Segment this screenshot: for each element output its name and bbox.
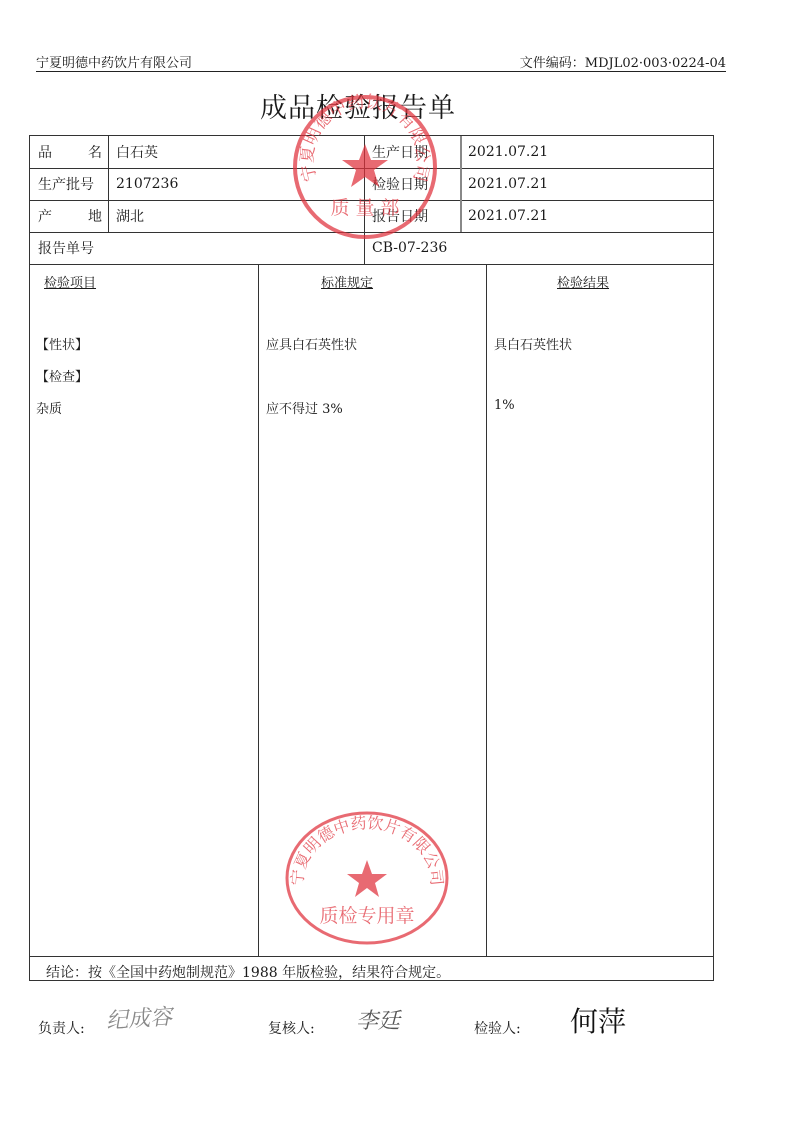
item-impurity: 杂质 [36, 398, 62, 417]
standard-impurity: 应不得过 3% [266, 398, 343, 417]
col-divider [486, 264, 487, 956]
result-impurity: 1% [494, 398, 515, 413]
col-head-standard: 标准规定 [321, 272, 373, 291]
header-rule [36, 71, 726, 72]
label-char: 名 [88, 142, 102, 162]
production-date-label: 生产日期 [364, 136, 460, 168]
label-char: 品 [38, 142, 52, 162]
label-char: 产 [38, 206, 52, 226]
report-table: 品 名 白石英 生产日期 2021.07.21 生产批号 2107236 检验日… [29, 135, 714, 981]
batch-label: 生产批号 [30, 168, 108, 200]
report-date-label: 报告日期 [364, 200, 460, 232]
file-code: 文件编码：MDJL02·003·0224-04 [520, 52, 726, 71]
inspection-date-label: 检验日期 [364, 168, 460, 200]
production-date-value: 2021.07.21 [460, 136, 713, 168]
label-char: 地 [88, 206, 102, 226]
item-check: 【检查】 [36, 366, 88, 385]
batch-value: 2107236 [108, 168, 364, 200]
responsible-label: 负责人: [38, 1018, 85, 1038]
inspection-date-value: 2021.07.21 [460, 168, 713, 200]
report-date-value: 2021.07.21 [460, 200, 713, 232]
inspector-label: 检验人: [474, 1018, 521, 1038]
item-appearance: 【性状】 [36, 334, 88, 353]
company-name: 宁夏明德中药饮片有限公司 [36, 52, 192, 71]
reviewer-label: 复核人: [268, 1018, 315, 1038]
row-divider [30, 264, 713, 265]
product-name-value: 白石英 [108, 136, 364, 168]
report-no-value: CB-07-236 [364, 232, 713, 264]
row-divider [30, 956, 713, 957]
reviewer-signature: 李廷 [356, 1004, 400, 1035]
responsible-signature: 纪成容 [105, 1000, 173, 1036]
origin-label: 产 地 [30, 200, 108, 232]
conclusion: 结论：按《全国中药炮制规范》1988 年版检验，结果符合规定。 [46, 962, 450, 982]
standard-appearance: 应具白石英性状 [266, 334, 357, 353]
product-name-label: 品 名 [30, 136, 108, 168]
origin-value: 湖北 [108, 200, 364, 232]
result-appearance: 具白石英性状 [494, 334, 572, 353]
page-title: 成品检验报告单 [0, 86, 716, 125]
report-no-label: 报告单号 [30, 232, 364, 264]
col-head-result: 检验结果 [557, 272, 609, 291]
col-divider [258, 264, 259, 956]
col-head-item: 检验项目 [44, 272, 96, 291]
inspector-signature: 何萍 [570, 1000, 626, 1040]
